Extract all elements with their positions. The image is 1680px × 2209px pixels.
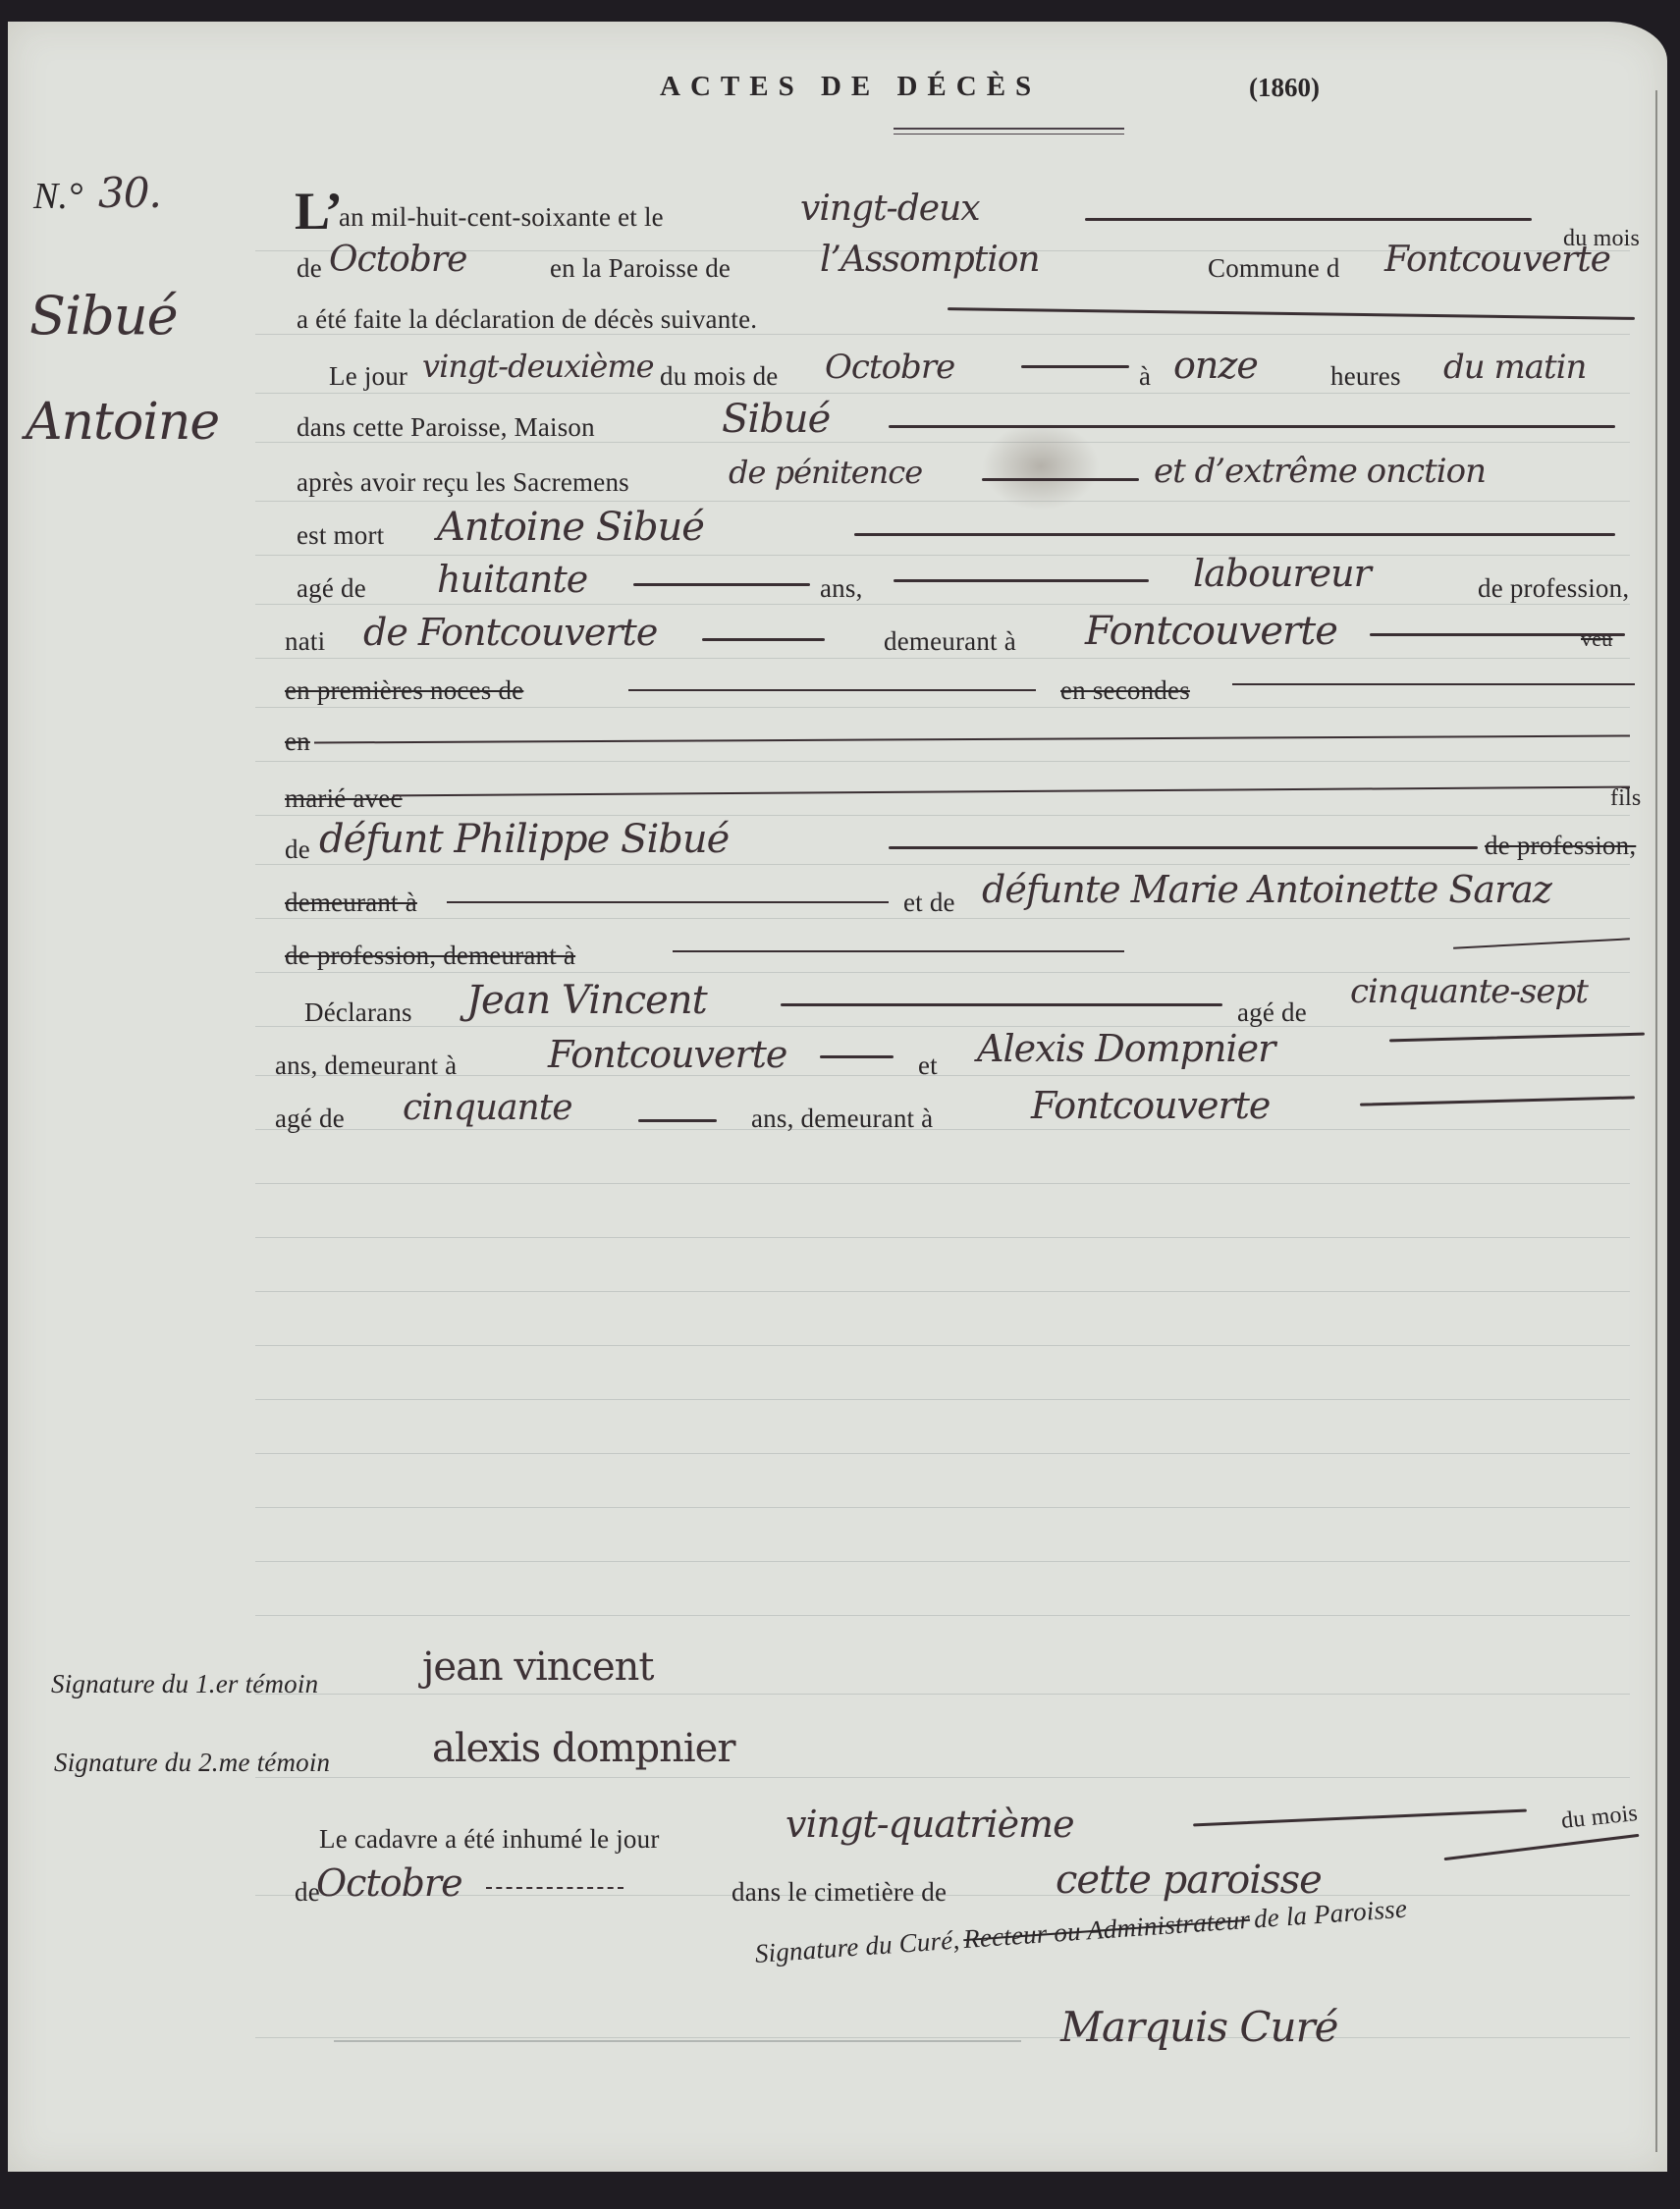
page-year: (1860) [1249,73,1320,103]
dashed-line [486,1887,623,1891]
burial-day-written: vingt-quatrième [786,1803,1074,1846]
act-day-written: vingt-deux [800,189,980,229]
age-written: huitante [437,558,587,601]
marie-avec-struck: marié avec [285,783,403,814]
commune-label: Commune d [1208,253,1340,284]
de-pere-label: de [285,835,310,865]
fill-line [854,533,1615,536]
age-label: agé de [297,573,366,604]
declarant1-written: Jean Vincent [466,978,707,1023]
register-page [8,22,1667,2172]
et-label: et [918,1051,938,1081]
le-jour-label: Le jour [329,361,407,392]
fill-line [889,846,1478,849]
du-mois-de-label: du mois de [660,361,779,392]
fill-line [1021,365,1129,368]
en-struck: en [285,727,310,757]
death-day-written: vingt-deuxième [422,348,654,385]
ans-label: ans, [820,573,863,604]
paroisse-written: l’Assomption [820,240,1040,280]
de-profession-label: de profession, [1478,573,1629,604]
time-of-day-written: du matin [1443,348,1586,387]
declarant1-age-written: cinquante-sept [1350,972,1588,1011]
nati-label: nati [285,626,325,657]
sacrements-written: de pénitence [729,454,922,491]
mother-profession-struck: de profession, demeurant à [285,941,575,971]
declarant2-residence-written: Fontcouverte [1031,1084,1270,1127]
declarans-label: Déclarans [304,997,412,1028]
page-title: ACTES DE DÉCÈS [660,71,1041,103]
heures-label: heures [1330,361,1401,392]
fils-label: fils [1610,785,1641,812]
fill-line [702,638,825,641]
fill-line [889,425,1615,428]
fill-line [820,1055,894,1058]
cimetiere-written: cette paroisse [1056,1858,1322,1903]
strike-line [673,950,1124,952]
veu-struck: veu [1581,626,1612,652]
paroisse-label: en la Paroisse de [550,253,731,284]
act-number-value: 30. [98,169,161,217]
declarant2-ans-demeurant: ans, demeurant à [751,1104,933,1134]
title-divider [894,128,1124,135]
fill-line [894,579,1149,582]
witness1-signature: jean vincent [422,1644,653,1690]
sacrements-written-2: et d’extrême onction [1154,452,1486,491]
demeurant-written: Fontcouverte [1085,609,1337,654]
strike-line [1232,683,1635,685]
declarant2-age-label: agé de [275,1104,345,1134]
declaration-text: a été faite la déclaration de décès suiv… [297,304,757,335]
et-de-label: et de [903,888,955,918]
declarant1-residence-written: Fontcouverte [548,1033,786,1076]
declarant2-written: Alexis Dompnier [977,1027,1274,1070]
drop-cap: L’ [295,181,343,242]
commune-written: Fontcouverte [1384,240,1610,280]
en-secondes-struck: en secondes [1060,675,1190,706]
fill-line [1085,218,1532,221]
fill-line [781,1003,1222,1006]
death-month-written: Octobre [825,348,954,387]
premieres-noces-struck: en premières noces de [285,675,523,706]
a-label: à [1139,361,1151,392]
witness2-signature: alexis dompnier [432,1726,734,1771]
fill-line [633,583,810,586]
declarant1-age-label: agé de [1237,997,1307,1028]
act-number-label: N.° [33,175,83,218]
strike-line [447,901,889,903]
cure-signature: Marquis Curé [1060,2003,1338,2051]
page-edge [1655,90,1657,2152]
deceased-written: Antoine Sibué [437,505,704,550]
witness1-label: Signature du 1.er témoin [51,1669,318,1699]
father-profession-struck: de profession, [1485,831,1636,861]
father-written: défunt Philippe Sibué [319,817,729,862]
strike-line [628,689,1036,691]
father-demeurant-struck: demeurant à [285,888,417,918]
paper-stain [982,422,1100,511]
fill-line [638,1119,717,1122]
cimetiere-label: dans le cimetière de [732,1877,947,1908]
demeurant-label: demeurant à [884,626,1016,657]
est-mort-label: est mort [297,520,384,551]
de-label: de [297,253,322,284]
declarant2-age-written: cinquante [403,1088,572,1128]
sacrements-label: après avoir reçu les Sacremens [297,467,629,498]
declarant1-ans-demeurant: ans, demeurant à [275,1051,457,1081]
act-intro-text: an mil-huit-cent-soixante et le [339,202,664,233]
nati-written: de Fontcouverte [363,611,657,654]
burial-month-written: Octobre [316,1861,462,1905]
act-month-written: Octobre [329,240,466,280]
burial-label: Le cadavre a été inhumé le jour [319,1824,660,1855]
fill-line [982,478,1139,481]
maison-written: Sibué [722,397,830,442]
maison-label: dans cette Paroisse, Maison [297,412,595,443]
mother-written: défunte Marie Antoinette Saraz [982,868,1551,911]
margin-surname: Sibué [29,285,178,347]
margin-given-name: Antoine [26,393,219,452]
hour-written: onze [1173,344,1258,387]
profession-written: laboureur [1193,552,1371,595]
witness2-label: Signature du 2.me témoin [54,1748,330,1778]
